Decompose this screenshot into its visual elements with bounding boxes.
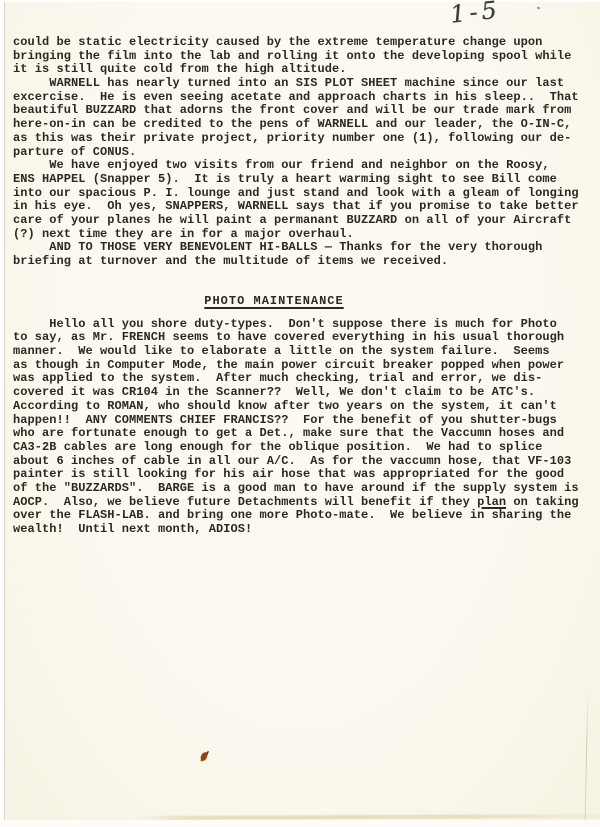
- ink-speck: [200, 751, 208, 761]
- section-heading-text: PHOTO MAINTENANCE: [204, 294, 343, 308]
- text-line: was applied to the system. After much ch…: [13, 372, 593, 386]
- text-line: CA3-2B cables are long enough for the ob…: [13, 441, 593, 455]
- handwritten-page-number: 1-5: [449, 0, 502, 29]
- text-line: of the "BUZZARDS". BARGE is a good man t…: [13, 482, 593, 496]
- text-line: in his eye. Oh yes, SNAPPERS, WARNELL sa…: [13, 200, 593, 214]
- text-segment: AOCP. Also, we believe future Detachment…: [13, 495, 477, 509]
- text-line: as this was their private project, prior…: [13, 132, 593, 146]
- section-heading: PHOTO MAINTENANCE: [0, 294, 564, 308]
- text-line: According to ROMAN, who should know afte…: [13, 400, 593, 414]
- text-line: bringing the film into the lab and rolli…: [13, 50, 593, 64]
- scan-crease-right: [585, 690, 589, 820]
- text-line: happen!! ANY COMMENTS CHIEF FRANCIS?? Fo…: [13, 414, 593, 428]
- text-segment: on taking: [506, 495, 579, 509]
- text-line: AND TO THOSE VERY BENEVOLENT HI-BALLS — …: [13, 241, 593, 255]
- text-line: care of your planes he will paint a perm…: [13, 214, 593, 228]
- article-photo-maintenance: Hello all you shore duty-types. Don't su…: [13, 318, 593, 537]
- scan-edge-bottom: [0, 820, 600, 827]
- text-line: covered it was CR104 in the Scanner?? We…: [13, 386, 593, 400]
- text-line: parture of CONUS.: [13, 146, 593, 160]
- article-photo-intel: could be static electricity caused by th…: [13, 36, 593, 269]
- text-line: We have enjoyed two visits from our frie…: [13, 159, 593, 173]
- text-line: wealth! Until next month, ADIOS!: [13, 523, 593, 537]
- scan-edge-left: [0, 0, 5, 827]
- text-line: painter is still looking for his air hos…: [13, 468, 593, 482]
- pen-dot-mark: [537, 6, 541, 9]
- scan-edge-top: [0, 0, 600, 2]
- text-line: over the FLASH-LAB. and bring one more P…: [13, 509, 593, 523]
- text-line: (?) next time they are in for a major ov…: [13, 228, 593, 242]
- text-line: about 6 inches of cable in all our A/C. …: [13, 455, 593, 469]
- text-line: briefing at turnover and the multitude o…: [13, 255, 593, 269]
- text-line: manner. We would like to elaborate a lit…: [13, 345, 593, 359]
- text-line-with-underline: AOCP. Also, we believe future Detachment…: [13, 496, 593, 510]
- text-line: as though in Computer Mode, the main pow…: [13, 359, 593, 373]
- text-line: it is still quite cold from the high alt…: [13, 63, 593, 77]
- text-line: beautiful BUZZARD that adorns the front …: [13, 104, 593, 118]
- underlined-word: plan: [477, 495, 506, 509]
- text-line: could be static electricity caused by th…: [13, 36, 593, 50]
- text-line: Hello all you shore duty-types. Don't su…: [13, 318, 593, 332]
- text-line: who are fortunate enough to get a Det., …: [13, 427, 593, 441]
- text-line: WARNELL has nearly turned into an SIS PL…: [13, 77, 593, 91]
- text-line: ENS HAPPEL (Snapper 5). It is truly a he…: [13, 173, 593, 187]
- text-line: excercise. He is even seeing acetate and…: [13, 91, 593, 105]
- text-line: into our spacious P. I. lounge and just …: [13, 187, 593, 201]
- text-line: here-on-in can be credited to the pens o…: [13, 118, 593, 132]
- text-line: to say, as Mr. FRENCH seems to have cove…: [13, 331, 593, 345]
- document-body: could be static electricity caused by th…: [13, 36, 593, 537]
